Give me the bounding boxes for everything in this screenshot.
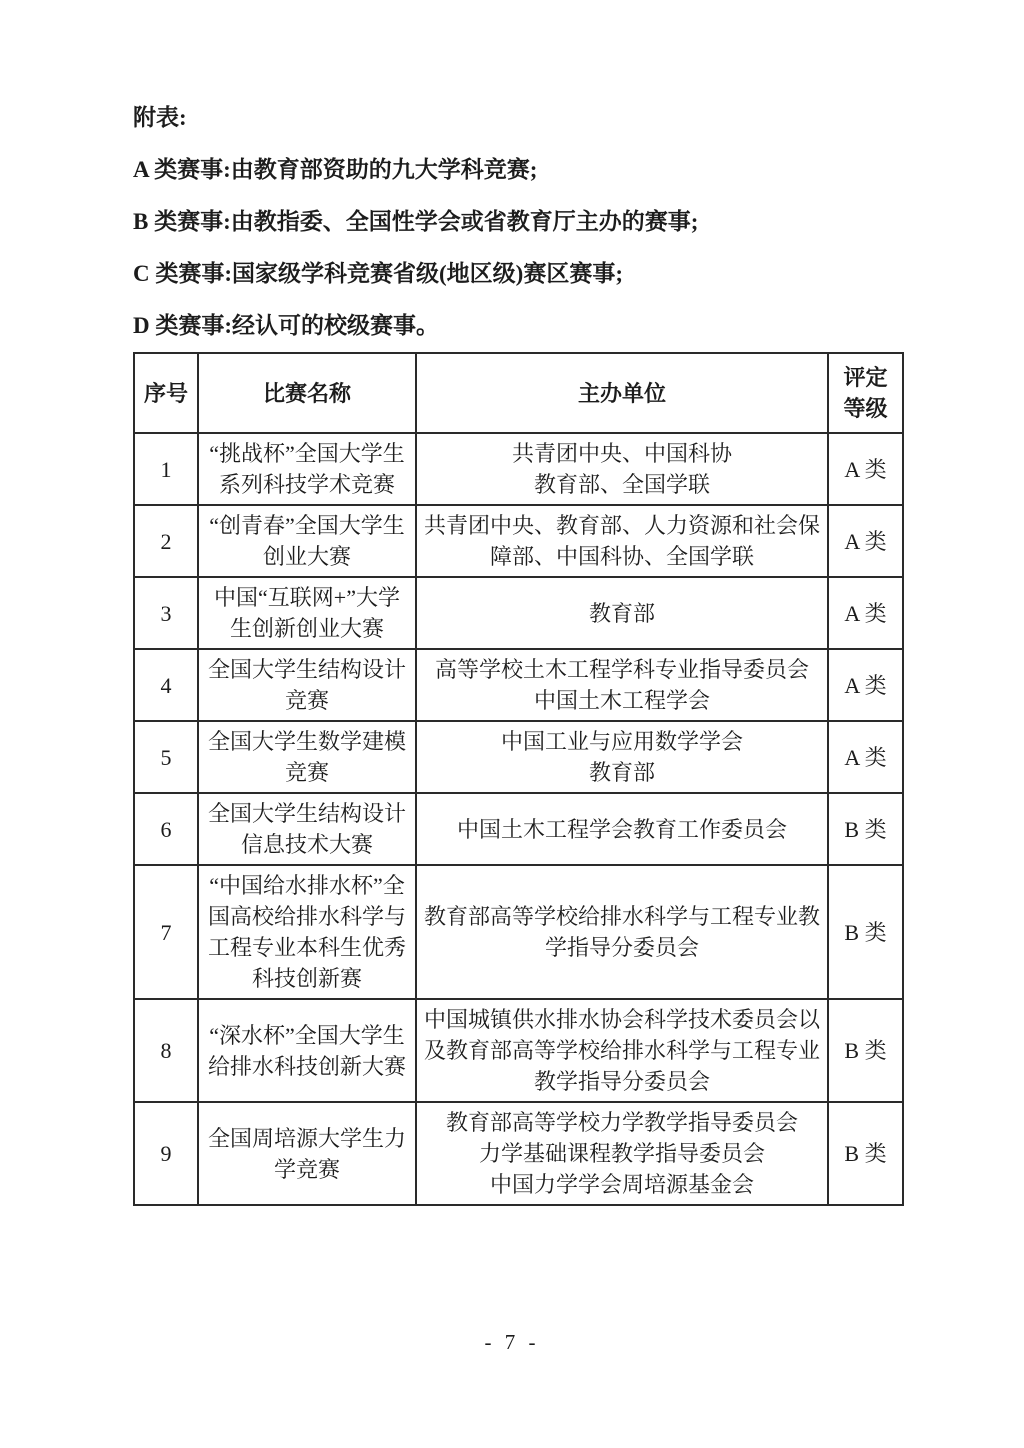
cell-index: 6 (134, 793, 198, 865)
cell-grade: A 类 (828, 505, 903, 577)
document-page: 附表: A 类赛事:由教育部资助的九大学科竞赛; B 类赛事:由教指委、全国性学… (0, 0, 1024, 1448)
cell-organizer: 中国城镇供水排水协会科学技术委员会以及教育部高等学校给排水科学与工程专业教学指导… (416, 999, 828, 1102)
table-row: 4 全国大学生结构设计竞赛 高等学校土木工程学科专业指导委员会中国土木工程学会 … (134, 649, 903, 721)
cell-competition-name: 全国大学生结构设计信息技术大赛 (198, 793, 416, 865)
header-organizer: 主办单位 (416, 353, 828, 433)
category-definition-a: A 类赛事:由教育部资助的九大学科竞赛; (133, 156, 1024, 184)
table-row: 5 全国大学生数学建模竞赛 中国工业与应用数学学会教育部 A 类 (134, 721, 903, 793)
cell-organizer: 教育部 (416, 577, 828, 649)
cell-grade: B 类 (828, 793, 903, 865)
cell-grade: B 类 (828, 999, 903, 1102)
cell-grade: A 类 (828, 649, 903, 721)
table-row: 9 全国周培源大学生力学竞赛 教育部高等学校力学教学指导委员会力学基础课程教学指… (134, 1102, 903, 1205)
header-index: 序号 (134, 353, 198, 433)
cell-competition-name: 全国大学生数学建模竞赛 (198, 721, 416, 793)
category-definition-d: D 类赛事:经认可的校级赛事。 (133, 312, 1024, 340)
cell-organizer: 教育部高等学校力学教学指导委员会力学基础课程教学指导委员会中国力学学会周培源基金… (416, 1102, 828, 1205)
category-definition-b: B 类赛事:由教指委、全国性学会或省教育厅主办的赛事; (133, 208, 1024, 236)
table-header-row: 序号 比赛名称 主办单位 评定等级 (134, 353, 903, 433)
cell-grade: A 类 (828, 433, 903, 505)
cell-index: 5 (134, 721, 198, 793)
cell-index: 9 (134, 1102, 198, 1205)
page-number: - 7 - (0, 1330, 1024, 1355)
cell-grade: A 类 (828, 721, 903, 793)
cell-index: 4 (134, 649, 198, 721)
cell-index: 3 (134, 577, 198, 649)
cell-competition-name: 全国周培源大学生力学竞赛 (198, 1102, 416, 1205)
table-row: 2 “创青春”全国大学生创业大赛 共青团中央、教育部、人力资源和社会保障部、中国… (134, 505, 903, 577)
table-row: 8 “深水杯”全国大学生给排水科技创新大赛 中国城镇供水排水协会科学技术委员会以… (134, 999, 903, 1102)
appendix-heading: 附表: (133, 104, 1024, 132)
cell-competition-name: 全国大学生结构设计竞赛 (198, 649, 416, 721)
header-competition-name: 比赛名称 (198, 353, 416, 433)
table-row: 6 全国大学生结构设计信息技术大赛 中国土木工程学会教育工作委员会 B 类 (134, 793, 903, 865)
header-grade: 评定等级 (828, 353, 903, 433)
cell-competition-name: “挑战杯”全国大学生系列科技学术竞赛 (198, 433, 416, 505)
table-row: 3 中国“互联网+”大学生创新创业大赛 教育部 A 类 (134, 577, 903, 649)
cell-grade: A 类 (828, 577, 903, 649)
competitions-table: 序号 比赛名称 主办单位 评定等级 1 “挑战杯”全国大学生系列科技学术竞赛 共… (133, 352, 904, 1206)
cell-organizer: 中国土木工程学会教育工作委员会 (416, 793, 828, 865)
cell-index: 8 (134, 999, 198, 1102)
cell-organizer: 共青团中央、中国科协教育部、全国学联 (416, 433, 828, 505)
page-content: 附表: A 类赛事:由教育部资助的九大学科竞赛; B 类赛事:由教指委、全国性学… (0, 0, 1024, 1206)
cell-organizer: 高等学校土木工程学科专业指导委员会中国土木工程学会 (416, 649, 828, 721)
cell-organizer: 教育部高等学校给排水科学与工程专业教学指导分委员会 (416, 865, 828, 999)
table-row: 7 “中国给水排水杯”全国高校给排水科学与工程专业本科生优秀科技创新赛 教育部高… (134, 865, 903, 999)
cell-index: 2 (134, 505, 198, 577)
table-row: 1 “挑战杯”全国大学生系列科技学术竞赛 共青团中央、中国科协教育部、全国学联 … (134, 433, 903, 505)
cell-grade: B 类 (828, 1102, 903, 1205)
cell-competition-name: “创青春”全国大学生创业大赛 (198, 505, 416, 577)
cell-grade: B 类 (828, 865, 903, 999)
cell-index: 7 (134, 865, 198, 999)
cell-index: 1 (134, 433, 198, 505)
cell-competition-name: “中国给水排水杯”全国高校给排水科学与工程专业本科生优秀科技创新赛 (198, 865, 416, 999)
cell-organizer: 共青团中央、教育部、人力资源和社会保障部、中国科协、全国学联 (416, 505, 828, 577)
category-definition-c: C 类赛事:国家级学科竞赛省级(地区级)赛区赛事; (133, 260, 1024, 288)
cell-competition-name: 中国“互联网+”大学生创新创业大赛 (198, 577, 416, 649)
cell-competition-name: “深水杯”全国大学生给排水科技创新大赛 (198, 999, 416, 1102)
cell-organizer: 中国工业与应用数学学会教育部 (416, 721, 828, 793)
